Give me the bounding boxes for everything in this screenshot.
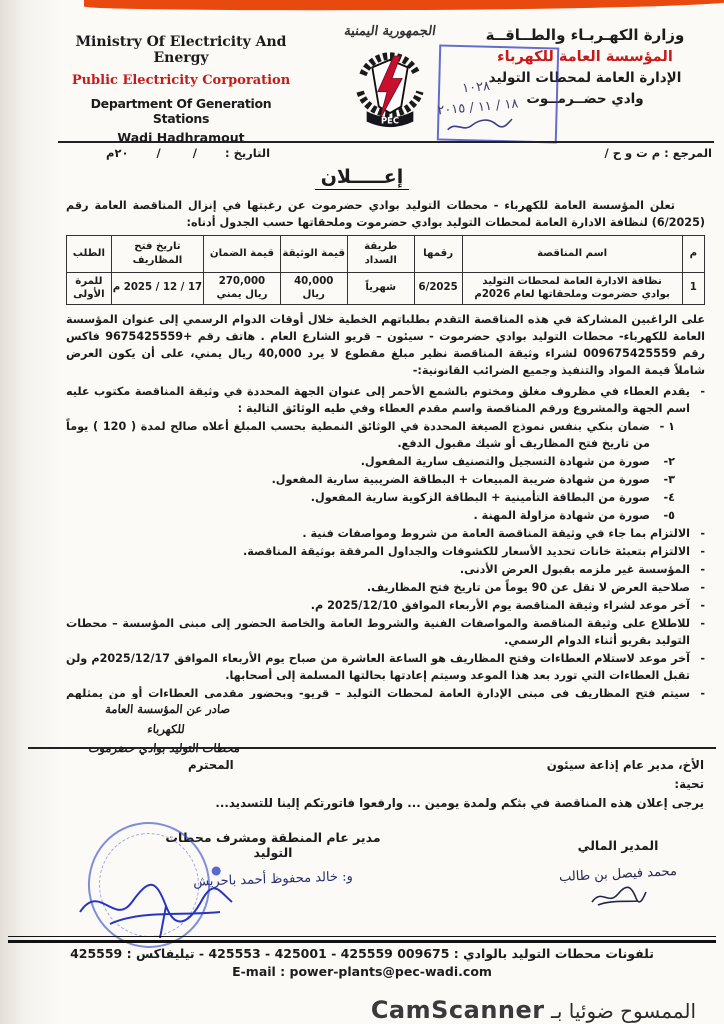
issued-by-block: صادر عن المؤسسة العامة للكهرباء محطات ال…: [83, 700, 248, 759]
dash-marker: -: [697, 543, 705, 560]
numbered-item: ١ - ضمان بنكي بنفس نموذج الصيغة المحددة …: [66, 418, 705, 452]
bullet-envelope-text: يقدم العطاء في مظروف مغلق ومختوم بالشمع …: [66, 383, 690, 417]
reference-line: المرجع : م ت و ح / التاريخ : / / ٢٠م: [60, 146, 712, 160]
bullet-item: - آخر موعد لاستلام العطاءات وفتح المظاري…: [66, 650, 705, 684]
cell-number: 6/2025: [414, 272, 462, 305]
numbered-item-text: صورة من شهادة مزاولة المهنة .: [474, 507, 650, 524]
col-serial: م: [682, 236, 704, 273]
recipient-name: الأخ، مدير عام إذاعة سيئون: [547, 758, 704, 772]
dash-marker: -: [697, 597, 705, 614]
footer-email: E-mail : power-plants@pec-wadi.com: [0, 964, 724, 979]
scanned-document-page: Ministry Of Electricity And Energy Publi…: [0, 0, 724, 1024]
table-header-row: م اسم المناقصة رقمها طريقة السداد قيمة ا…: [67, 236, 705, 273]
dash-marker: -: [697, 685, 705, 699]
bullet-text: للاطلاع على وثيقة المناقصة والمواصفات ال…: [66, 615, 690, 649]
footer-divider: [8, 936, 716, 943]
recipient-greeting: تحية:: [60, 775, 704, 794]
header-english-block: Ministry Of Electricity And Energy Publi…: [70, 34, 292, 145]
bullet-text: آخر موعد لشراء وثيقة المناقصة يوم الأربع…: [311, 597, 690, 614]
col-number: رقمها: [414, 236, 462, 273]
stamp-handwriting: ١٠٢٨ ١٨ / ١١ / ٢٠١٥: [406, 72, 551, 145]
bullet-text: المؤسسة غير ملزمه بقبول العرض الأدنى.: [460, 561, 690, 578]
issued-by-line1: صادر عن المؤسسة العامة للكهرباء: [85, 700, 248, 739]
intro-paragraph: تعلن المؤسسة العامة للكهرباء - محطات الت…: [66, 197, 705, 231]
signatures-section: المدير المالي محمد فيصل بن طالب مدير عام…: [0, 828, 724, 944]
numbered-item-text: صورة من شهادة التسجيل والتصنيف سارية الم…: [361, 453, 650, 470]
numbered-item-text: صورة من البطاقة التأمينية + البطاقة الزك…: [311, 489, 650, 506]
dash-marker: -: [697, 579, 705, 596]
dash-marker: -: [697, 615, 705, 649]
item-number: ١ -: [657, 418, 675, 452]
bullet-text: الالتزام بما جاء في وثيقة المناقصة العام…: [302, 525, 690, 542]
cell-payment: شهرياً: [347, 272, 414, 305]
tender-table: م اسم المناقصة رقمها طريقة السداد قيمة ا…: [66, 235, 705, 305]
cell-doc-value: 40,000 ريال: [280, 272, 347, 305]
recipient-honorific: المحترم: [188, 756, 234, 775]
cell-tender-name: نظافة الادارة العامة لمحطات التوليد بواد…: [462, 272, 682, 305]
bullet-item: - سيتم فتح المظاريف في مبنى الإدارة العا…: [66, 685, 705, 699]
col-request: الطلب: [67, 236, 112, 273]
bullet-text: سيتم فتح المظاريف في مبنى الإدارة العامة…: [66, 685, 690, 699]
col-payment: طريقة السداد: [347, 236, 414, 273]
header-divider: [58, 141, 714, 143]
bullet-item: - الالتزام بما جاء في وثيقة المناقصة الع…: [66, 525, 705, 542]
date-label: التاريخ : / / ٢٠م: [106, 146, 270, 160]
corporation-name-en: Public Electricity Corporation: [70, 73, 292, 88]
reference-label: المرجع : م ت و ح /: [604, 146, 712, 160]
region-director-scribble: [70, 872, 240, 942]
document-body: تعلن المؤسسة العامة للكهرباء - محطات الت…: [66, 197, 705, 699]
dash-marker: -: [697, 525, 705, 542]
bullet-text: آخر موعد لاستلام العطاءات وفتح المظاريف …: [66, 650, 690, 684]
item-number: ٣-: [657, 471, 675, 488]
finance-director-name: محمد فيصل بن طالب: [538, 863, 699, 886]
ministry-name-en: Ministry Of Electricity And Energy: [70, 34, 292, 66]
numbered-item-text: ضمان بنكي بنفس نموذج الصيغة المحددة في ا…: [66, 418, 650, 452]
recipient-block: الأخ، مدير عام إذاعة سيئون المحترم تحية:…: [60, 756, 704, 813]
numbered-item: ٥- صورة من شهادة مزاولة المهنة .: [66, 507, 705, 524]
dash-marker: -: [697, 561, 705, 578]
table-row: 1 نظافة الادارة العامة لمحطات التوليد بو…: [67, 272, 705, 305]
section-divider: [28, 747, 716, 749]
finance-director-title: المدير المالي: [538, 838, 698, 853]
camscanner-watermark: الممسوح ضوئيا بـ CamScanner: [0, 993, 696, 1024]
bullet-text: الالتزام بتعبئة خانات تحديد الأسعار للكش…: [243, 543, 690, 560]
announcement-title: إعـــــلان: [315, 166, 410, 190]
watermark-arabic: الممسوح ضوئيا بـ: [551, 999, 696, 1023]
col-open-date: تاريخ فتح المظاريف: [111, 236, 204, 273]
republic-calligraphy: الجمهورية اليمنية: [323, 24, 457, 39]
ministry-name-ar: وزارة الكهـربـاء والطــاقــة: [456, 26, 714, 44]
cell-request: للمرة الأولى: [67, 272, 112, 305]
col-tender-name: اسم المناقصة: [462, 236, 682, 273]
camscanner-brand: CamScanner: [371, 996, 545, 1024]
bullet-text: صلاحية العرض لا تقل عن 90 يوماً من تاريخ…: [367, 579, 690, 596]
numbered-item: ٢- صورة من شهادة التسجيل والتصنيف سارية …: [66, 453, 705, 470]
numbered-item-text: صورة من شهادة ضريبة المبيعات + البطاقة ا…: [272, 471, 650, 488]
numbered-item: ٤- صورة من البطاقة التأمينية + البطاقة ا…: [66, 489, 705, 506]
title-wrap: إعـــــلان: [0, 166, 724, 188]
logo-pec-text: PEC: [381, 115, 399, 125]
finance-director-scribble: [586, 884, 650, 910]
bullet-item: - آخر موعد لشراء وثيقة المناقصة يوم الأر…: [66, 597, 705, 614]
cell-open-date: 17 / 12 / 2025 م: [111, 272, 204, 305]
bullet-item: - الالتزام بتعبئة خانات تحديد الأسعار لل…: [66, 543, 705, 560]
numbered-item: ٣- صورة من شهادة ضريبة المبيعات + البطاق…: [66, 471, 705, 488]
cell-guarantee: 270,000 ريال يمني: [204, 272, 281, 305]
participation-paragraph: على الراغبين المشاركة في هذه المناقصة ال…: [66, 311, 705, 379]
broadcast-request: يرجى إعلان هذه المناقصة في بثكم ولمدة يو…: [60, 794, 704, 813]
recipient-line: الأخ، مدير عام إذاعة سيئون المحترم: [60, 756, 704, 775]
item-number: ٥-: [657, 507, 675, 524]
cell-serial: 1: [682, 272, 704, 305]
dash-marker: -: [697, 383, 705, 417]
col-guarantee: قيمة الضمان: [204, 236, 281, 273]
finance-director-signature: المدير المالي محمد فيصل بن طالب: [538, 838, 698, 914]
footer-phones: تلفونات محطات التوليد بالوادي : 009675 4…: [0, 946, 724, 961]
bullet-item: - المؤسسة غير ملزمه بقبول العرض الأدنى.: [66, 561, 705, 578]
department-name-en: Department Of Generation Stations: [70, 96, 292, 126]
item-number: ٢-: [657, 453, 675, 470]
bullet-envelope: - يقدم العطاء في مظروف مغلق ومختوم بالشم…: [66, 383, 705, 417]
item-number: ٤-: [657, 489, 675, 506]
dash-marker: -: [697, 650, 705, 684]
bullet-item: - صلاحية العرض لا تقل عن 90 يوماً من تار…: [66, 579, 705, 596]
scan-edge-band: [84, 0, 724, 11]
bullet-item: - للاطلاع على وثيقة المناقصة والمواصفات …: [66, 615, 705, 649]
col-doc-value: قيمة الوثيقة: [280, 236, 347, 273]
